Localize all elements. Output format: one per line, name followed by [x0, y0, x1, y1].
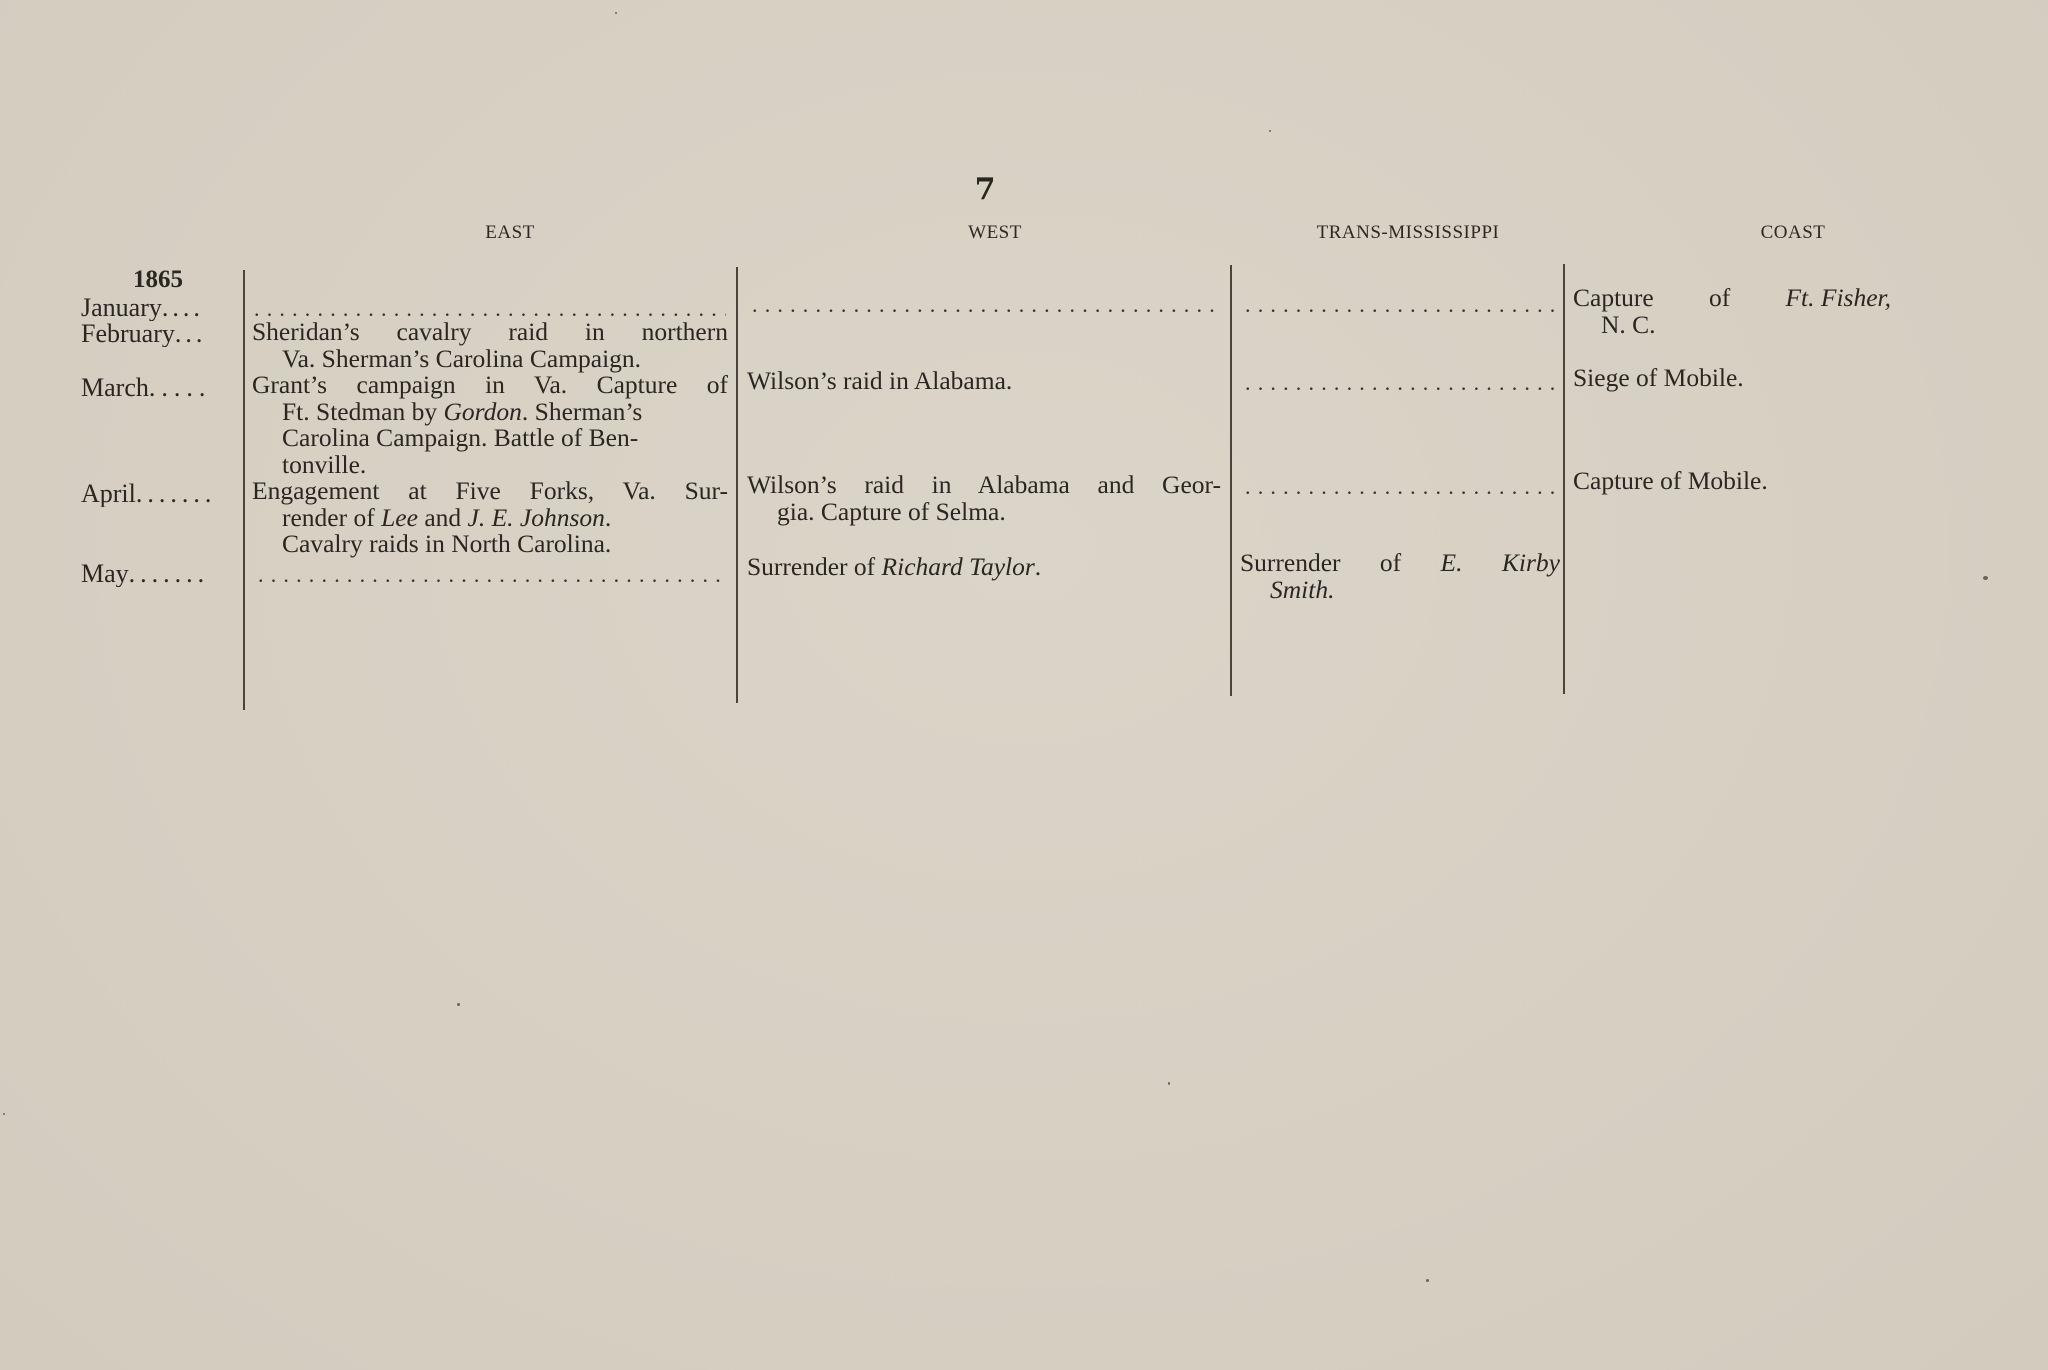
- column-rule: [1563, 264, 1565, 694]
- entry-line: Sheridan’s cavalry raid in northern: [252, 319, 728, 346]
- column-rule: [243, 270, 245, 710]
- month-name: February: [81, 320, 175, 347]
- month-name: April: [81, 480, 136, 507]
- text-run-italic: Richard Taylor: [882, 552, 1035, 581]
- entry-line: Capture of Ft. Fisher,: [1573, 285, 1891, 312]
- entry-line: N. C.: [1573, 312, 1893, 339]
- column-header-trans-mississippi: TRANS-MISSISSIPPI: [1270, 222, 1546, 244]
- column-header-west: WEST: [925, 222, 1065, 244]
- entry-line: Grant’s campaign in Va. Capture of: [252, 372, 728, 399]
- entry-line: Capture of Mobile.: [1573, 468, 1893, 495]
- month-name: January: [81, 294, 162, 321]
- east-march-entry: Grant’s campaign in Va. Capture of Ft. S…: [252, 372, 728, 478]
- entry-line: Cavalry raids in North Carolina.: [252, 531, 728, 558]
- text-run: Surrender of: [747, 552, 882, 581]
- text-run-italic: Kirby: [1502, 550, 1560, 577]
- year-heading: 1865: [120, 266, 196, 294]
- entry-line: Ft. Stedman by Gordon. Sherman’s: [252, 399, 728, 426]
- west-may-entry: Surrender of Richard Taylor.: [747, 554, 1221, 581]
- column-header-coast: COAST: [1723, 222, 1863, 244]
- entry-line: render of Lee and J. E. Johnson.: [252, 505, 728, 532]
- text-run: render of: [282, 503, 381, 532]
- book-page: 7 EAST WEST TRANS-MISSISSIPPI COAST 1865…: [0, 0, 2048, 1370]
- west-january-leader: ........................................…: [752, 292, 1220, 318]
- month-label-march: March.....: [81, 374, 241, 401]
- trans-mississippi-january-leader: ........................................…: [1245, 292, 1555, 318]
- text-run: Capture: [1573, 285, 1654, 312]
- entry-line: Siege of Mobile.: [1573, 365, 1893, 392]
- entry-line: Surrender of Richard Taylor.: [747, 554, 1221, 581]
- paper-speck: [615, 12, 617, 14]
- east-february-entry: Sheridan’s cavalry raid in northern Va. …: [252, 319, 728, 372]
- month-label-january: January....: [81, 294, 241, 321]
- trans-mississippi-may-entry: Surrender of E. Kirby Smith.: [1240, 550, 1560, 603]
- trans-mississippi-april-leader: ........................................…: [1245, 474, 1555, 500]
- text-run-italic: J. E. Johnson: [468, 503, 605, 532]
- east-may-leader: ........................................…: [258, 562, 726, 588]
- text-run: .: [605, 503, 611, 532]
- text-run: Ft. Stedman by: [282, 397, 444, 426]
- entry-line: Wilson’s raid in Alabama and Geor-: [747, 472, 1221, 499]
- text-run: and: [418, 503, 468, 532]
- entry-line: Surrender of E. Kirby: [1240, 550, 1560, 577]
- text-run: . Sherman’s: [522, 397, 642, 426]
- entry-line: Wilson’s raid in Alabama.: [747, 368, 1221, 395]
- coast-january-entry: Capture of Ft. Fisher, N. C.: [1573, 285, 1893, 338]
- month-label-may: May.......: [81, 560, 241, 587]
- east-april-entry: Engagement at Five Forks, Va. Sur- rende…: [252, 478, 728, 558]
- text-run-italic: E.: [1441, 550, 1463, 577]
- month-name: May: [81, 560, 129, 587]
- west-april-entry: Wilson’s raid in Alabama and Geor- gia. …: [747, 472, 1221, 525]
- month-label-february: February...: [81, 320, 241, 347]
- month-leader: ....: [162, 294, 204, 321]
- month-leader: ...: [175, 320, 207, 347]
- month-leader: .......: [129, 560, 210, 587]
- month-leader: .....: [149, 374, 212, 401]
- text-run: Surrender: [1240, 550, 1341, 577]
- trans-mississippi-march-leader: ........................................…: [1245, 370, 1555, 396]
- entry-line: Engagement at Five Forks, Va. Sur-: [252, 478, 728, 505]
- text-run-italic: Gordon: [444, 397, 522, 426]
- text-run: of: [1380, 550, 1401, 577]
- column-rule: [736, 267, 738, 703]
- west-march-entry: Wilson’s raid in Alabama.: [747, 368, 1221, 395]
- entry-line: Smith.: [1240, 577, 1560, 604]
- entry-line: Carolina Campaign. Battle of Ben-: [252, 425, 728, 452]
- text-run-italic: Lee: [381, 503, 418, 532]
- paper-speck: [1426, 1279, 1429, 1282]
- entry-line: gia. Capture of Selma.: [747, 499, 1221, 526]
- entry-line: Va. Sherman’s Carolina Campaign.: [252, 346, 728, 373]
- paper-speck: [1983, 576, 1988, 580]
- coast-april-entry: Capture of Mobile.: [1573, 468, 1893, 495]
- month-leader: .......: [136, 480, 217, 507]
- entry-line: tonville.: [252, 452, 728, 479]
- column-rule: [1230, 265, 1232, 696]
- paper-speck: [1269, 130, 1271, 132]
- text-run-italic: Ft. Fisher,: [1785, 285, 1891, 312]
- text-run: of: [1709, 285, 1730, 312]
- paper-speck: [1168, 1082, 1170, 1085]
- paper-speck: [457, 1003, 460, 1006]
- coast-march-entry: Siege of Mobile.: [1573, 365, 1893, 392]
- paper-speck: [3, 1113, 5, 1115]
- month-label-april: April.......: [81, 480, 241, 507]
- month-name: March: [81, 374, 149, 401]
- page-number: 7: [960, 172, 1010, 207]
- column-header-east: EAST: [440, 222, 580, 244]
- text-run-italic: Smith.: [1270, 575, 1334, 604]
- text-run: .: [1035, 552, 1041, 581]
